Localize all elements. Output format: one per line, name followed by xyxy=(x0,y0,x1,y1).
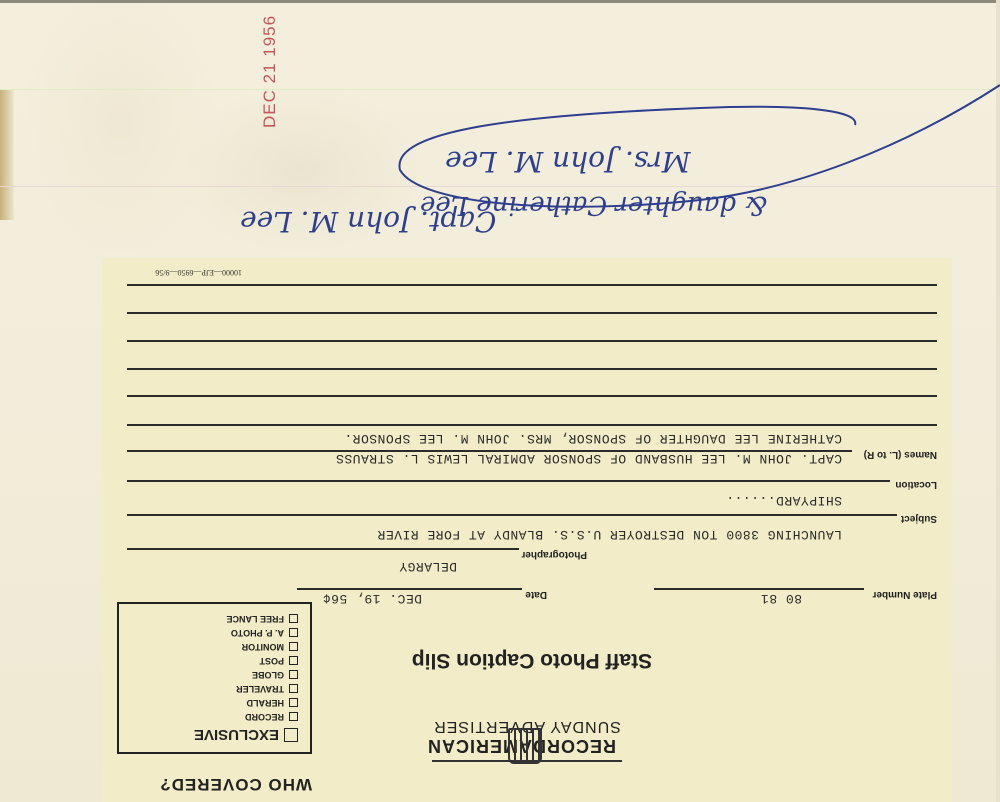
checkbox-icon[interactable] xyxy=(289,643,298,652)
received-date-stamp: DEC 21 1956 xyxy=(258,28,288,128)
form-code: 10000—EJP—6950—9/56 xyxy=(155,268,242,277)
names-line-2 xyxy=(127,424,937,426)
checkbox-free-lance[interactable]: FREE LANCE xyxy=(127,612,298,626)
checkbox-label: POST xyxy=(259,656,284,666)
checkbox-herald[interactable]: HERALD xyxy=(127,696,298,710)
checkbox-globe[interactable]: GLOBE xyxy=(127,668,298,682)
blank-rule xyxy=(127,340,937,342)
location-value[interactable]: SHIPYARD...... xyxy=(726,493,842,508)
handwritten-circled-name: Mrs. John M. Lee xyxy=(445,145,690,178)
checkbox-icon[interactable] xyxy=(289,657,298,666)
location-line xyxy=(127,480,890,482)
checkbox-icon[interactable] xyxy=(289,699,298,708)
checkbox-icon[interactable] xyxy=(289,685,298,694)
plate-number-line xyxy=(654,588,864,590)
who-covered-title: WHO COVERED? xyxy=(159,774,312,794)
subject-label: Subject xyxy=(901,513,937,524)
checkbox-record[interactable]: RECORD xyxy=(127,710,298,724)
handwritten-line-1: Capt. John M. Lee xyxy=(240,205,496,238)
water-stain xyxy=(0,90,14,220)
date-label: Date xyxy=(525,589,547,600)
checkbox-icon[interactable] xyxy=(289,713,298,722)
checkbox-traveler[interactable]: TRAVELER xyxy=(127,682,298,696)
caption-slip-header: WHO COVERED? EXCLUSIVE RECORD HERALD TRA… xyxy=(102,602,952,802)
names-line-1 xyxy=(127,450,852,452)
subject-line xyxy=(127,514,897,516)
newspaper-logo: RECORDAMERICAN SUNDAY ADVERTISER xyxy=(432,700,622,770)
subject-value[interactable]: LAUNCHING 3800 TON DESTROYER U.S.S. BLAN… xyxy=(377,527,842,542)
checkbox-icon[interactable] xyxy=(284,728,298,742)
checkbox-label: MONITOR xyxy=(242,642,284,652)
faint-rule xyxy=(0,186,1000,187)
slip-title: Staff Photo Caption Slip xyxy=(382,648,682,672)
scan-edge-right xyxy=(996,0,1000,802)
blank-rule xyxy=(127,284,937,286)
checkbox-icon[interactable] xyxy=(289,671,298,680)
photographer-value[interactable]: DELARGY xyxy=(399,559,457,574)
eagle-emblem-icon xyxy=(508,728,542,764)
checkbox-label: EXCLUSIVE xyxy=(194,727,279,744)
checkbox-label: A. P. PHOTO xyxy=(231,628,284,638)
checkbox-icon[interactable] xyxy=(289,629,298,638)
checkbox-ap-photo[interactable]: A. P. PHOTO xyxy=(127,626,298,640)
checkbox-post[interactable]: POST xyxy=(127,654,298,668)
plate-number-value[interactable]: 80 81 xyxy=(760,591,802,606)
names-value-line2[interactable]: CATHERINE LEE DAUGHTER OF SPONSOR, MRS. … xyxy=(344,431,842,446)
plate-number-label: Plate Number xyxy=(873,589,937,600)
checkbox-icon[interactable] xyxy=(289,615,298,624)
blank-rule xyxy=(127,312,937,314)
scan-edge-top xyxy=(0,0,1000,3)
checkbox-label: GLOBE xyxy=(252,670,284,680)
names-label: Names (L. to R) xyxy=(864,449,937,460)
photographer-label: Photographer xyxy=(521,549,587,560)
blank-rule xyxy=(127,395,937,397)
names-value-line1[interactable]: CAPT. JOHN M. LEE HUSBAND OF SPONSOR ADM… xyxy=(336,451,842,466)
checkbox-label: TRAVELER xyxy=(236,684,284,694)
logo-record: RECORD xyxy=(532,735,616,756)
location-label: Location xyxy=(895,479,937,490)
date-value[interactable]: DEC. 19, 56¢ xyxy=(322,591,422,606)
checkbox-monitor[interactable]: MONITOR xyxy=(127,640,298,654)
blank-rule xyxy=(127,368,937,370)
faint-rule xyxy=(0,89,1000,90)
checkbox-label: RECORD xyxy=(245,712,284,722)
checkbox-label: HERALD xyxy=(247,698,285,708)
checkbox-label: FREE LANCE xyxy=(226,614,284,624)
checkbox-exclusive[interactable]: EXCLUSIVE xyxy=(127,724,298,746)
photographer-line xyxy=(127,548,519,550)
who-covered-box: EXCLUSIVE RECORD HERALD TRAVELER GLOBE P… xyxy=(117,602,312,754)
caption-slip-card: WHO COVERED? EXCLUSIVE RECORD HERALD TRA… xyxy=(102,258,952,802)
stamp-text: DEC 21 1956 xyxy=(260,15,280,128)
date-line xyxy=(297,588,522,590)
